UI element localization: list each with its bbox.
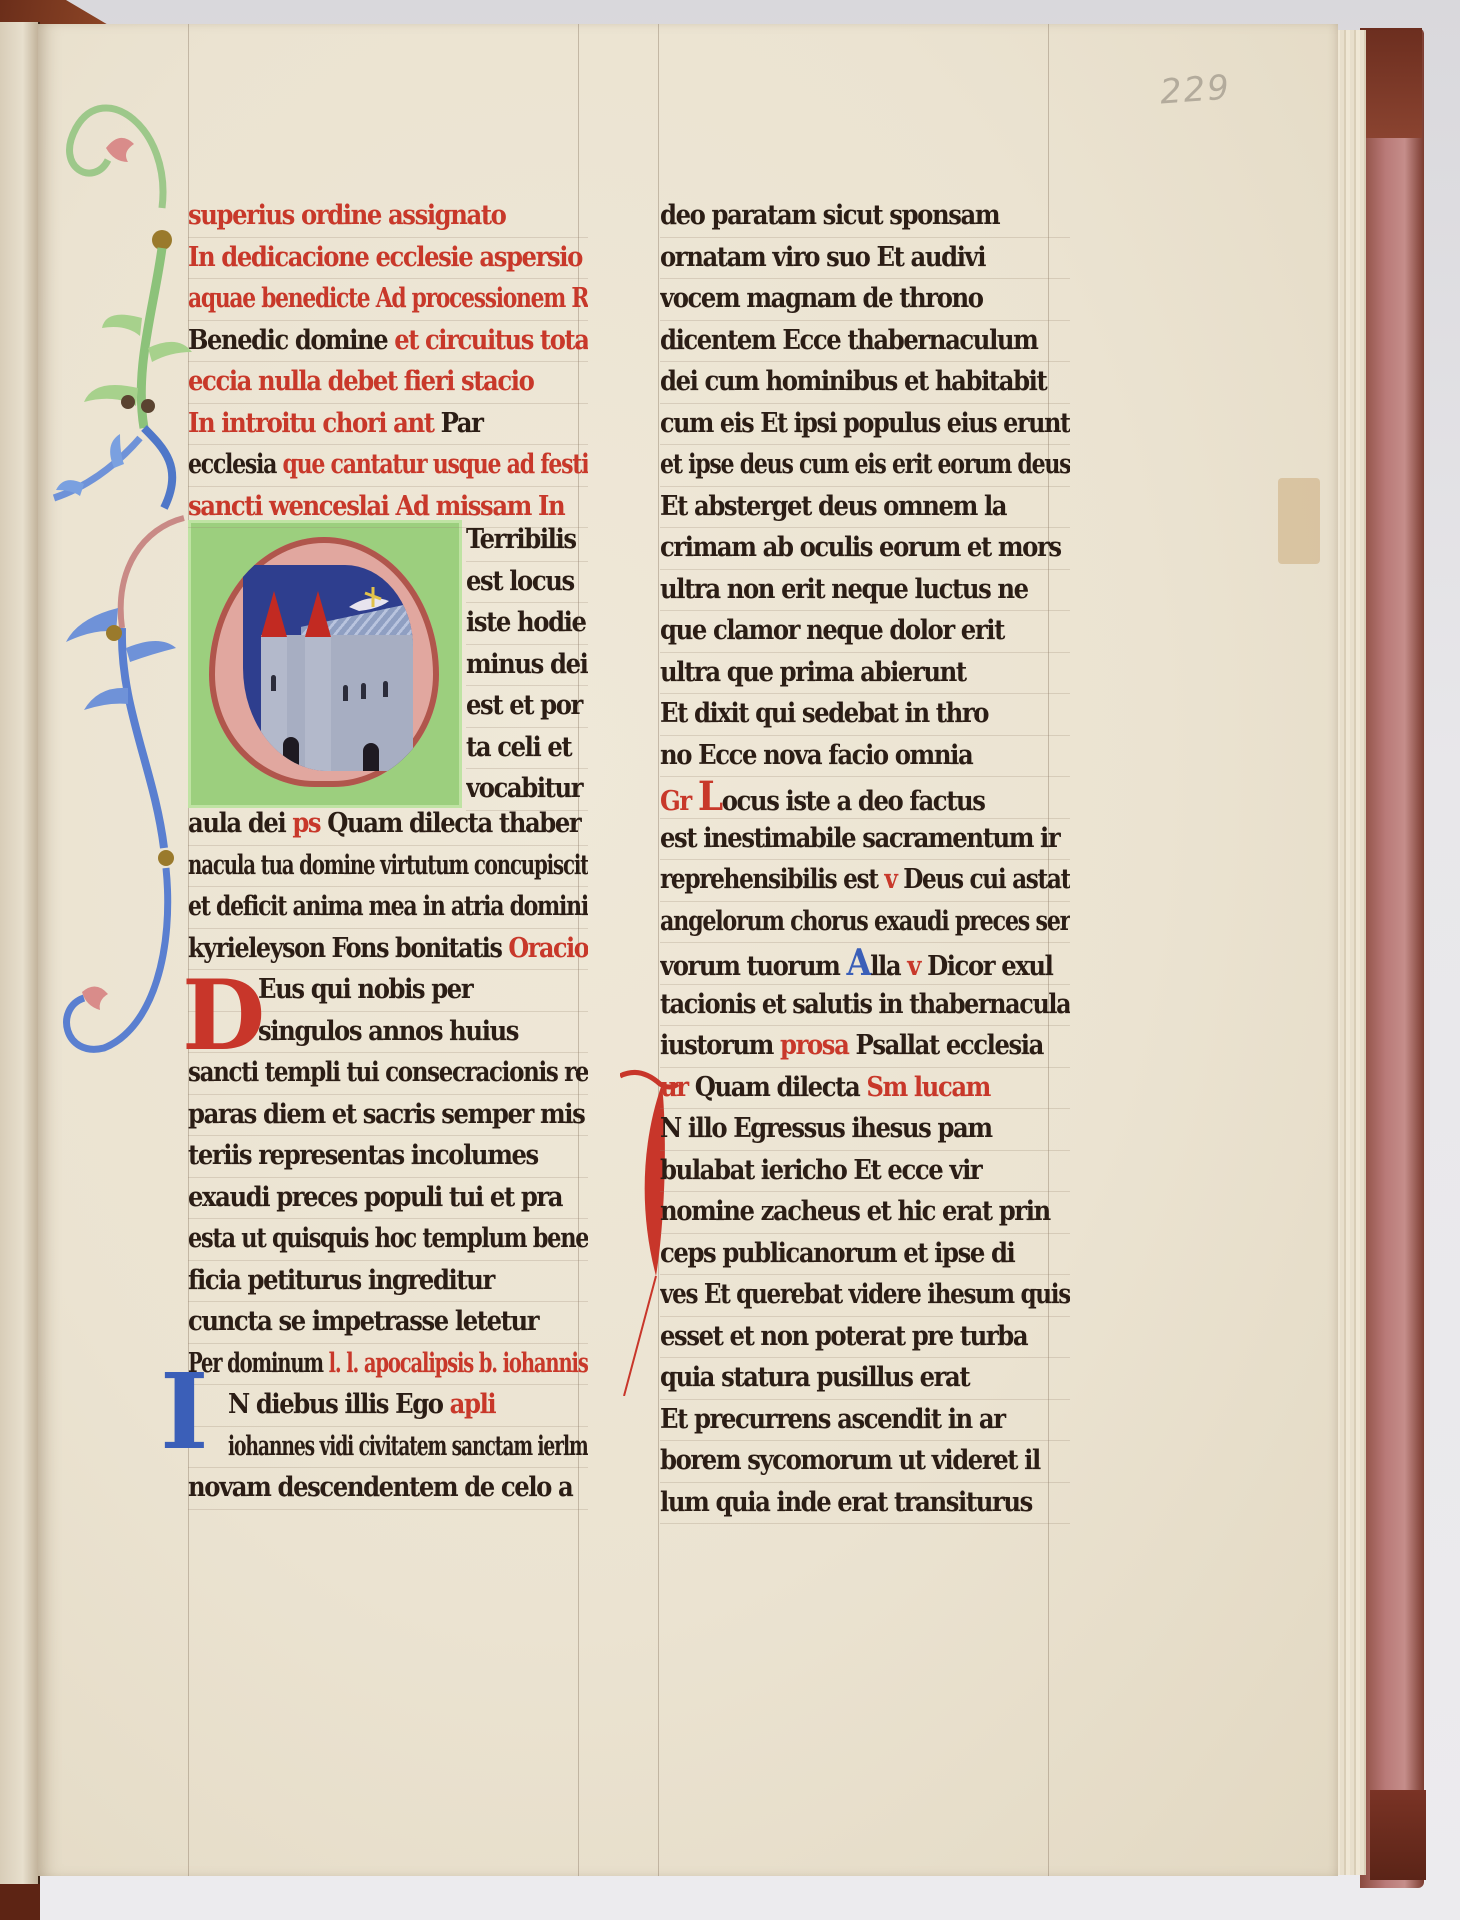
text-line: esta ut quisquis hoc templum bene <box>188 1219 588 1261</box>
text-line: Et precurrens ascendit in ar <box>660 1400 1070 1442</box>
church-tower <box>305 635 331 771</box>
text-line: deo paratam sicut sponsam <box>660 196 1070 238</box>
spire <box>261 591 287 637</box>
text-line: iustorum prosa Psallat ecclesia <box>660 1026 1070 1068</box>
church-window <box>343 685 348 701</box>
text-line: cum eis Et ipsi populus eius erunt <box>660 404 1070 446</box>
text-line: In introitu chori ant Par <box>188 404 588 446</box>
text-line: N illo Egressus ihesus pam <box>660 1109 1070 1151</box>
text-line: Terribilis <box>466 520 588 562</box>
text-line: ta celi et <box>466 728 588 770</box>
text-line: Per dominum l. l. apocalipsis b. iohanni… <box>188 1344 588 1386</box>
text-line: reprehensibilis est v Deus cui astat <box>660 860 1070 902</box>
text-line: ves Et querebat videre ihesum quis <box>660 1275 1070 1317</box>
text-line: ficia petiturus ingreditur <box>188 1261 588 1303</box>
text-line: crimam ab oculis eorum et mors <box>660 528 1070 570</box>
text-line: N diebus illis Ego apli <box>188 1385 588 1427</box>
drop-initial-d: D <box>182 968 265 1064</box>
text-line: angelorum chorus exaudi preces ser <box>660 902 1070 944</box>
text-line: ultra que prima abierunt <box>660 653 1070 695</box>
text-line: dicentem Ecce thabernaculum <box>660 321 1070 363</box>
church-door <box>363 743 379 771</box>
text-line: ultra non erit neque luctus ne <box>660 570 1070 612</box>
text-line: esset et non poterat pre turba <box>660 1317 1070 1359</box>
text-line: et deficit anima mea in atria domini <box>188 887 588 929</box>
church-window <box>361 683 366 699</box>
text-line: est et por <box>466 686 588 728</box>
text-line: Et dixit qui sedebat in thro <box>660 694 1070 736</box>
facing-page-edge <box>0 22 40 1884</box>
marginal-vine-icon <box>44 88 204 1088</box>
text-line: bulabat iericho Et ecce vir <box>660 1151 1070 1193</box>
text-line: quia statura pusillus erat <box>660 1358 1070 1400</box>
text-line: borem sycomorum ut videret il <box>660 1441 1070 1483</box>
text-line: vorum tuorum Alla v Dicor exul <box>660 943 1070 985</box>
text-line: nomine zacheus et hic erat prin <box>660 1192 1070 1234</box>
text-line: eccia nulla debet fieri stacio <box>188 362 588 404</box>
church-door <box>283 737 299 771</box>
church-window <box>271 675 276 691</box>
text-line: exaudi preces populi tui et pra <box>188 1178 588 1220</box>
spire <box>305 591 331 637</box>
binding-cover-bottom <box>1370 1790 1426 1880</box>
left-text-column-lower: aula dei ps Quam dilecta thaber nacula t… <box>188 804 588 1510</box>
repair-patch <box>1278 478 1320 564</box>
left-text-column: superius ordine assignato In dedicacione… <box>188 196 588 528</box>
text-line: iste hodie <box>466 603 588 645</box>
text-line: que clamor neque dolor erit <box>660 611 1070 653</box>
binding-cover-edge <box>1360 28 1424 1888</box>
text-line: no Ecce nova facio omnia <box>660 736 1070 778</box>
text-line: cuncta se impetrasse letetur <box>188 1302 588 1344</box>
folio-number: 229 <box>1159 68 1233 113</box>
text-line: teriis representas incolumes <box>188 1136 588 1178</box>
text-line: minus dei <box>466 645 588 687</box>
right-text-column: deo paratam sicut sponsam ornatam viro s… <box>660 196 1070 1524</box>
text-line: tacionis et salutis in thabernacula <box>660 985 1070 1027</box>
text-line: aquae benedicte Ad processionem R <box>188 279 588 321</box>
ruling-line <box>658 24 659 1876</box>
angel-icon <box>343 585 403 625</box>
text-line: Gr Locus iste a deo factus <box>660 777 1070 819</box>
text-line: est locus <box>466 562 588 604</box>
text-line: ceps publicanorum et ipse di <box>660 1234 1070 1276</box>
binding-corner-bottom <box>0 1880 40 1920</box>
text-line: novam descendentem de celo a <box>188 1468 588 1510</box>
text-line: dei cum hominibus et habitabit <box>660 362 1070 404</box>
text-line: In dedicacione ecclesie aspersio <box>188 238 588 280</box>
text-line: ecclesia que cantatur usque ad festi <box>188 445 588 487</box>
text-line: nacula tua domine virtutum concupiscit <box>188 846 588 888</box>
text-line: superius ordine assignato <box>188 196 588 238</box>
text-line: Et absterget deus omnem la <box>660 487 1070 529</box>
church-window <box>383 681 388 697</box>
initial-side-text: Terribilis est locus iste hodie minus de… <box>466 520 588 811</box>
text-line: ornatam viro suo Et audivi <box>660 238 1070 280</box>
initial-letter-frame <box>209 537 439 787</box>
text-line: iohannes vidi civitatem sanctam ierlm <box>188 1427 588 1469</box>
text-line: aula dei ps Quam dilecta thaber <box>188 804 588 846</box>
text-line: paras diem et sacris semper mis <box>188 1095 588 1137</box>
text-line: Benedic domine et circuitus tota <box>188 321 588 363</box>
text-line: est inestimabile sacramentum ir <box>660 819 1070 861</box>
text-line: et ipse deus cum eis erit eorum deus <box>660 445 1070 487</box>
drop-initial-i-blue: I <box>160 1360 209 1464</box>
church-miniature <box>243 565 413 771</box>
text-line: vocem magnam de throno <box>660 279 1070 321</box>
text-line: lum quia inde erat transiturus <box>660 1483 1070 1525</box>
historiated-initial <box>188 520 462 808</box>
binding-cover-top <box>1360 28 1422 138</box>
text-line: ur Quam dilecta Sm lucam <box>660 1068 1070 1110</box>
